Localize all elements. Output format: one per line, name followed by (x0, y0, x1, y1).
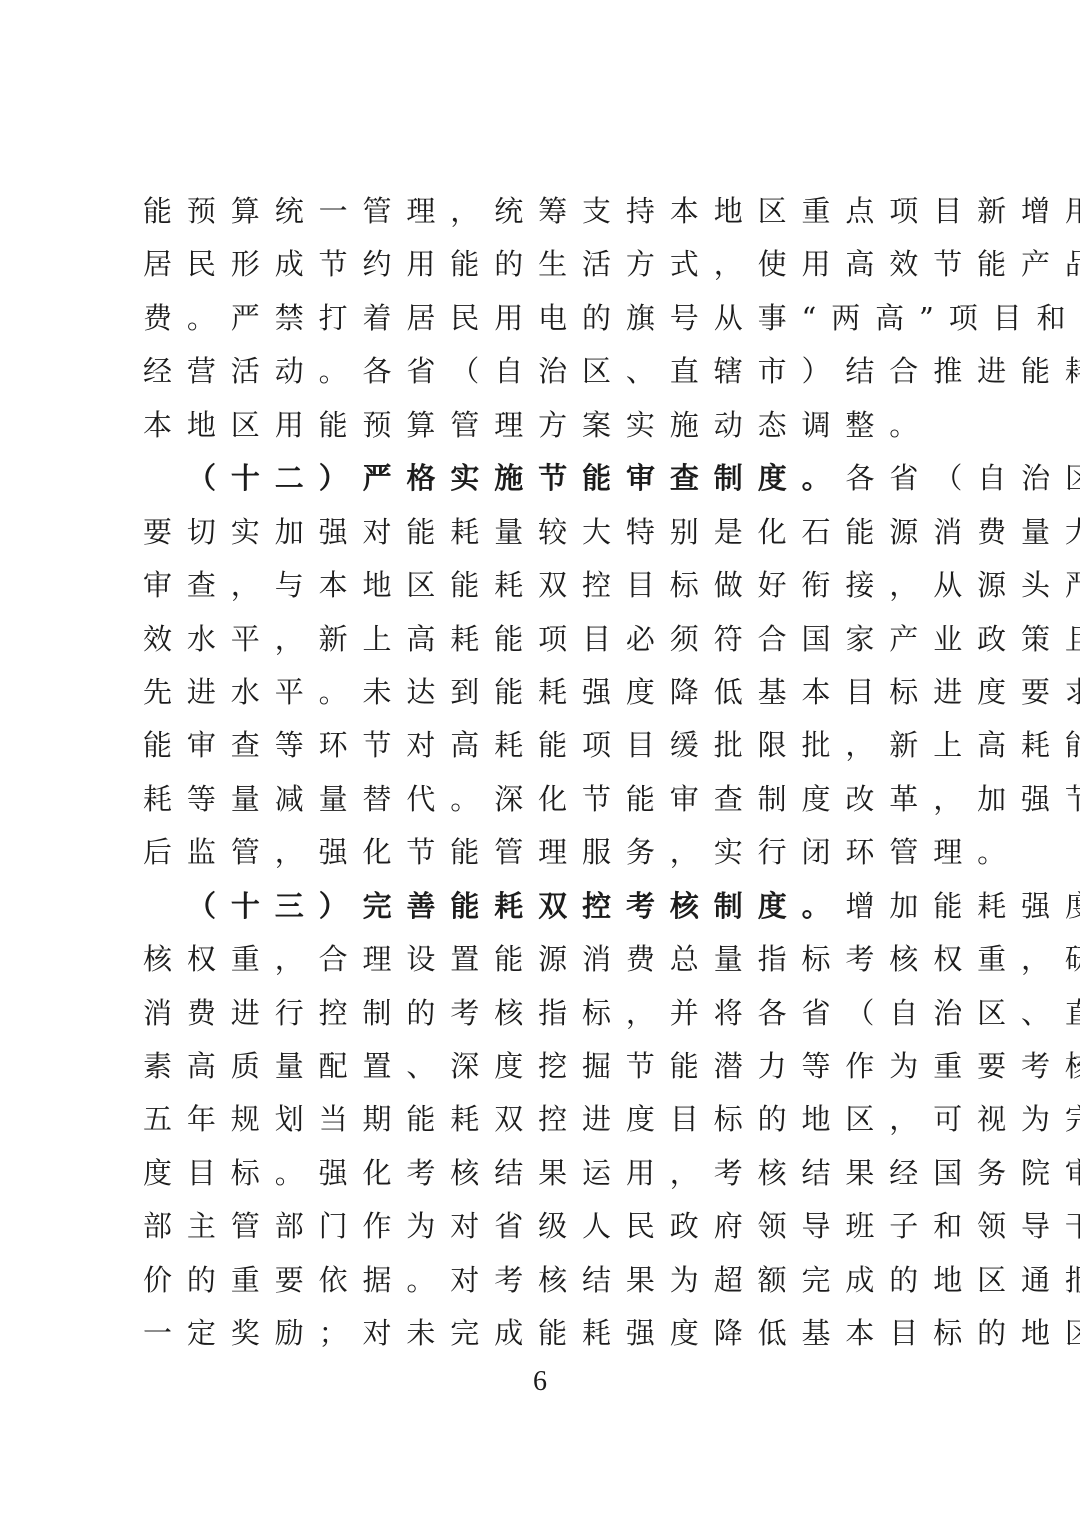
text-line: 效水平，新上高耗能项目必须符合国家产业政策且能效达到行业 (143, 613, 943, 666)
text-line: 要切实加强对能耗量较大特别是化石能源消费量大的项目的节能 (143, 506, 943, 559)
text-line: 经营活动。各省（自治区、直辖市）结合推进能耗双控工作，对 (143, 345, 943, 398)
section-heading-12: （十二）严格实施节能审查制度。 (187, 461, 846, 495)
page-number: 6 (0, 1366, 1080, 1398)
text-line: 核权重，合理设置能源消费总量指标考核权重，研究对化石能源 (143, 933, 943, 986)
text-run: 增加能耗强度降低指标考 (846, 889, 1080, 923)
text-line: 能审查等环节对高耗能项目缓批限批，新上高耗能项目须实行能 (143, 719, 943, 772)
text-line: 价的重要依据。对考核结果为超额完成的地区通报表扬，并给予 (143, 1254, 943, 1307)
document-page: 能预算统一管理，统筹支持本地区重点项目新增用能需求。引导 居民形成节约用能的生活… (0, 0, 1080, 1527)
body-text: 能预算统一管理，统筹支持本地区重点项目新增用能需求。引导 居民形成节约用能的生活… (143, 185, 943, 1361)
text-line: 审查，与本地区能耗双控目标做好衔接，从源头严控新上项目能 (143, 559, 943, 612)
text-line: 素高质量配置、深度挖掘节能潜力等作为重要考核内容。对完成 (143, 1040, 943, 1093)
text-run: 各省（自治区、直辖市） (846, 461, 1080, 495)
text-line: 消费进行控制的考核指标，并将各省（自治区、直辖市）能源要 (143, 987, 943, 1040)
text-line: 居民形成节约用能的生活方式，使用高效节能产品，减少能源浪 (143, 238, 943, 291)
text-line: 后监管，强化节能管理服务，实行闭环管理。 (143, 826, 943, 879)
text-line: 度目标。强化考核结果运用，考核结果经国务院审定后，交由干 (143, 1147, 943, 1200)
text-line: 本地区用能预算管理方案实施动态调整。 (143, 399, 943, 452)
text-line: 部主管部门作为对省级人民政府领导班子和领导干部综合考核评 (143, 1200, 943, 1253)
text-line: 能预算统一管理，统筹支持本地区重点项目新增用能需求。引导 (143, 185, 943, 238)
text-line: 先进水平。未达到能耗强度降低基本目标进度要求的地区，在节 (143, 666, 943, 719)
section-heading-13: （十三）完善能耗双控考核制度。 (187, 889, 846, 923)
section-heading-line-12: （十二）严格实施节能审查制度。各省（自治区、直辖市） (143, 452, 943, 505)
text-line: 五年规划当期能耗双控进度目标的地区，可视为完成能耗双控年 (143, 1093, 943, 1146)
text-line: 耗等量减量替代。深化节能审查制度改革，加强节能审查事中事 (143, 773, 943, 826)
text-line: 费。严禁打着居民用电的旗号从事“两高”项目和过剩产能生产 (143, 292, 943, 345)
text-line: 一定奖励；对未完成能耗强度降低基本目标的地区通报批评，要 (143, 1307, 943, 1360)
section-heading-line-13: （十三）完善能耗双控考核制度。增加能耗强度降低指标考 (143, 880, 943, 933)
